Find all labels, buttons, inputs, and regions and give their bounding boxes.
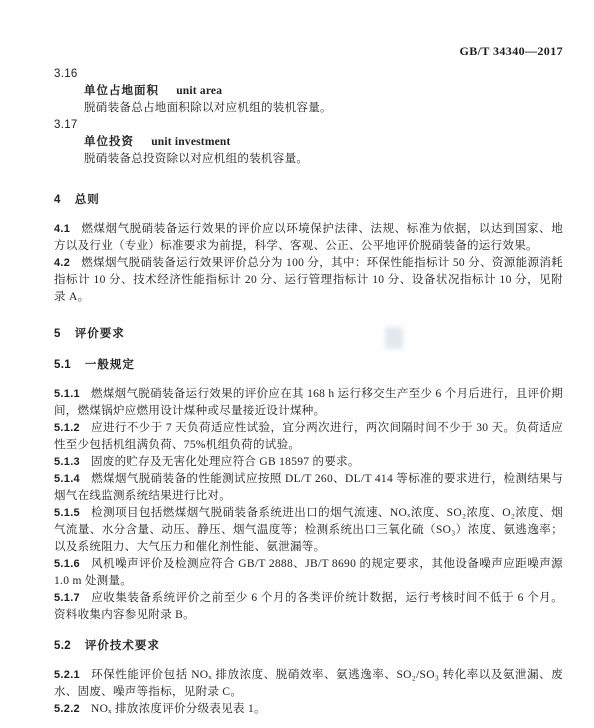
- term-number-3-16: 3.16: [54, 66, 563, 83]
- clause-4-1: 4.1燃煤烟气脱硝装备运行效果的评价应以环境保护法律、法规、标准为依据，以达到国…: [54, 221, 563, 255]
- section-heading-4: 4总则: [54, 192, 563, 209]
- clause-text: 燃煤烟气脱硝装备运行效果的评价应以环境保护法律、法规、标准为依据，以达到国家、地…: [54, 223, 563, 252]
- standard-number: GB/T 34340—2017: [460, 44, 563, 59]
- term-number-3-17: 3.17: [54, 117, 563, 134]
- clause-text: 燃煤烟气脱硝装备运行效果评价总分为 100 分，其中：环保性能指标计 50 分、…: [54, 257, 563, 303]
- section-number: 4: [54, 194, 61, 206]
- clause-number: 4.2: [54, 257, 81, 269]
- subsection-number: 5.2: [54, 640, 71, 652]
- clause-text: 应进行不少于 7 天负荷适应性试验，宜分两次进行，两次间隔时间不少于 30 天。…: [54, 422, 563, 451]
- clause-5-1-6: 5.1.6风机噪声评价及检测应符合 GB/T 2888、JB/T 8690 的规…: [54, 556, 563, 590]
- page-content: 3.16 单位占地面积 unit area 脱硝装备总占地面积除以对应机组的装机…: [54, 66, 563, 718]
- term-definition-3-16: 脱硝装备总占地面积除以对应机组的装机容量。: [54, 100, 563, 117]
- subsection-title: 一般规定: [85, 359, 135, 371]
- clause-number: 5.1.2: [54, 422, 91, 434]
- clause-number: 5.1.5: [54, 507, 91, 519]
- clause-number: 5.1.6: [54, 558, 91, 570]
- clause-5-2-1: 5.2.1环保性能评价包括 NOₓ 排放浓度、脱硝效率、氨逃逸率、SO₂/SO₃…: [54, 667, 563, 701]
- section-heading-5: 5评价要求: [54, 326, 563, 343]
- clause-number: 5.2.2: [54, 703, 91, 715]
- clause-5-1-7: 5.1.7应收集装备系统评价之前至少 6 个月的各类评价统计数据，运行考核时间不…: [54, 590, 563, 624]
- clause-text: 燃煤烟气脱硝装备的性能测试应按照 DL/T 260、DL/T 414 等标准的要…: [54, 473, 563, 502]
- clause-text: 检测项目包括燃煤烟气脱硝装备系统进出口的烟气流速、NOₓ浓度、SO₂浓度、O₂浓…: [54, 507, 563, 553]
- term-en-label: unit investment: [151, 136, 230, 148]
- clause-5-2-2: 5.2.2NOₓ 排放浓度评价分级表见表 1。: [54, 701, 563, 718]
- document-page: GB/T 34340—2017 3.16 单位占地面积 unit area 脱硝…: [0, 0, 594, 728]
- section-title: 评价要求: [75, 328, 125, 340]
- section-number: 5: [54, 328, 61, 340]
- term-title-3-16: 单位占地面积 unit area: [54, 83, 563, 100]
- subsection-number: 5.1: [54, 359, 71, 371]
- subsection-heading-5-2: 5.2评价技术要求: [54, 638, 563, 655]
- clause-5-1-3: 5.1.3固废的贮存及无害化处理应符合 GB 18597 的要求。: [54, 454, 563, 471]
- clause-text: 环保性能评价包括 NOₓ 排放浓度、脱硝效率、氨逃逸率、SO₂/SO₃ 转化率以…: [54, 669, 563, 698]
- clause-5-1-2: 5.1.2应进行不少于 7 天负荷适应性试验，宜分两次进行，两次间隔时间不少于 …: [54, 420, 563, 454]
- clause-4-2: 4.2燃煤烟气脱硝装备运行效果评价总分为 100 分，其中：环保性能指标计 50…: [54, 255, 563, 306]
- clause-text: 燃煤烟气脱硝装备运行效果的评价应在其 168 h 运行移交生产至少 6 个月后进…: [54, 388, 563, 417]
- clause-number: 5.1.1: [54, 388, 91, 400]
- clause-number: 5.1.7: [54, 592, 91, 604]
- clause-text: 应收集装备系统评价之前至少 6 个月的各类评价统计数据，运行考核时间不低于 6 …: [54, 592, 563, 621]
- term-definition-3-17: 脱硝装备总投资除以对应机组的装机容量。: [54, 151, 563, 168]
- clause-text: 固废的贮存及无害化处理应符合 GB 18597 的要求。: [91, 456, 360, 468]
- clause-5-1-4: 5.1.4燃煤烟气脱硝装备的性能测试应按照 DL/T 260、DL/T 414 …: [54, 471, 563, 505]
- subsection-heading-5-1: 5.1一般规定: [54, 357, 563, 374]
- term-en-label: unit area: [176, 85, 222, 97]
- term-zh-label: 单位投资: [84, 136, 134, 148]
- clause-5-1-5: 5.1.5检测项目包括燃煤烟气脱硝装备系统进出口的烟气流速、NOₓ浓度、SO₂浓…: [54, 505, 563, 556]
- clause-text: NOₓ 排放浓度评价分级表见表 1。: [91, 703, 266, 715]
- clause-number: 4.1: [54, 223, 81, 235]
- clause-5-1-1: 5.1.1燃煤烟气脱硝装备运行效果的评价应在其 168 h 运行移交生产至少 6…: [54, 386, 563, 420]
- term-title-3-17: 单位投资 unit investment: [54, 134, 563, 151]
- clause-text: 风机噪声评价及检测应符合 GB/T 2888、JB/T 8690 的规定要求，其…: [54, 558, 563, 587]
- clause-number: 5.1.4: [54, 473, 91, 485]
- term-zh-label: 单位占地面积: [84, 85, 159, 97]
- clause-number: 5.1.3: [54, 456, 91, 468]
- subsection-title: 评价技术要求: [85, 640, 160, 652]
- clause-number: 5.2.1: [54, 669, 91, 681]
- section-title: 总则: [75, 194, 100, 206]
